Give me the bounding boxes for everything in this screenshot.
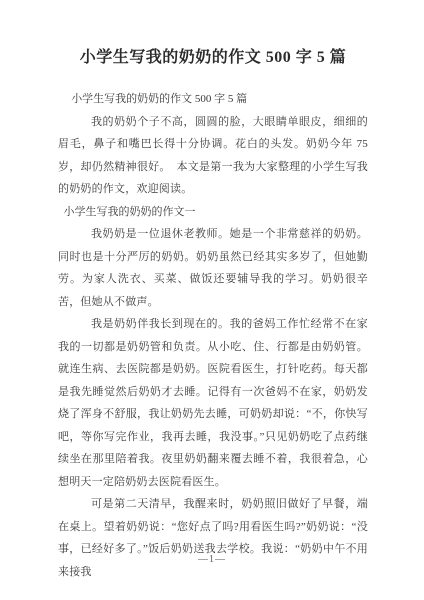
page-number: —1— [0,553,424,567]
essay-subtitle: 小学生写我的奶奶的作文 500 字 5 篇 [58,88,368,111]
essay-paragraph-4: 可是第二天清早，我醒来时，奶奶照旧做好了早餐，端在桌上。望着奶奶说：“您好点了吗… [58,493,368,583]
essay-paragraph-2: 我奶奶是一位退休老教师。她是一个非常慈祥的奶奶。同时也是十分严厉的奶奶。奶奶虽然… [58,223,368,313]
document-page: 小学生写我的奶奶的作文 500 字 5 篇 小学生写我的奶奶的作文 500 字 … [0,0,424,600]
document-viewport: 小学生写我的奶奶的作文 500 字 5 篇 小学生写我的奶奶的作文 500 字 … [0,0,424,600]
essay-section-heading: 小学生写我的奶奶的作文一 [58,201,368,224]
essay-title: 小学生写我的奶奶的作文 500 字 5 篇 [58,46,368,70]
essay-paragraph-3: 我是奶奶伴我长到现在的。我的爸妈工作忙经常不在家我的一切都是奶奶管和负责。从小吃… [58,313,368,493]
essay-intro-paragraph: 我的奶奶个子不高，圆圆的脸，大眼睛单眼皮，细细的眉毛，鼻子和嘴巴长得十分协调。花… [58,111,368,201]
